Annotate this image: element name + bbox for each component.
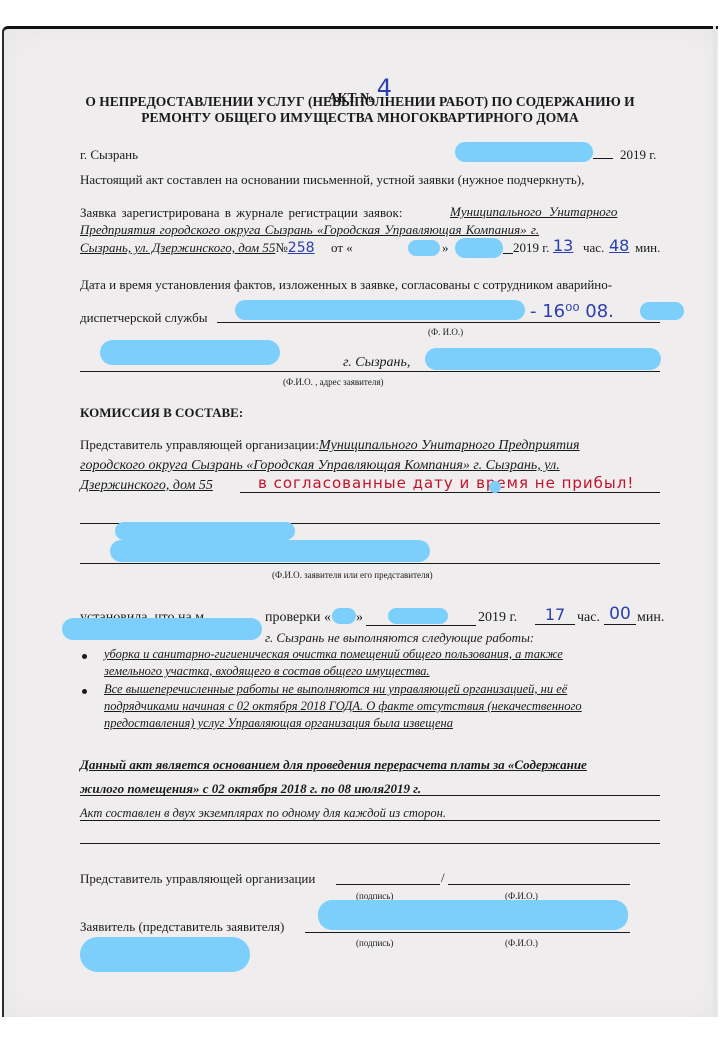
agreement-line1: Дата и время установления фактов, изложе… [80,277,612,293]
date-underline [593,158,613,159]
rep-fio-line[interactable] [448,884,630,885]
redaction-dot [489,481,501,493]
redaction-commission-1b [110,540,430,562]
dispatch-label: диспетчерской службы [80,310,207,326]
registration-year: 2019 г. [513,240,549,256]
registration-line3: Сызрань, ул. Дзержинского, дом 55№258 от… [80,240,353,256]
findings-year: 2019 г. [478,610,517,626]
redaction-dispatch-date [640,302,684,320]
rep-signature-line[interactable] [336,884,440,885]
registration-lead: Заявка зарегистрирована в журнале регист… [80,205,402,221]
registration-org-line3: Сызрань, ул. Дзержинского, дом 55 [80,240,275,255]
check-date-underline [366,625,476,626]
rep-slash: / [441,870,445,886]
quote-close: » [442,240,449,256]
recalc-underline [80,795,660,796]
rep-org-line1: Муниципального Унитарного Предприятия [319,438,580,453]
check-hour-label: час. [577,610,600,626]
item-1-line1: уборка и санитарно-гигиеническая очистка… [104,647,563,662]
registration-org-line2: Предприятия городского округа Сызрань «Г… [80,222,539,238]
redaction-check-month [388,608,448,624]
copies-text: Акт составлен в двух экземплярах по одно… [80,806,446,821]
item-2-line1: Все вышеперечисленные работы не выполняю… [104,682,567,697]
date-year: 2019 г. [620,147,656,163]
dispatch-underline [217,322,660,323]
redaction-day [408,240,440,256]
bullet-1 [82,654,87,659]
commission-heading: КОМИССИЯ В СОСТАВЕ: [80,405,243,421]
sign-rep-label: Представитель управляющей организации [80,871,315,887]
caption-fio: (Ф. И.О.) [428,327,463,337]
redaction-check-day [332,608,356,624]
request-number: 258 [288,240,328,256]
registration-org-line1: Муниципального Унитарного [450,204,617,220]
dispatch-time-handwritten: - 16⁰⁰ 08. [530,301,614,322]
number-label: № [275,240,287,255]
registration-minute: 48 [609,236,633,255]
blank-line [80,843,660,844]
applicant-sign-caption: (подпись) [356,938,393,948]
applicant-underline [80,371,660,372]
sheet-edge [713,26,716,1014]
applicant-city: г. Сызрань, [343,355,410,371]
redaction-dispatcher [235,300,525,320]
applicant-signature-line[interactable] [305,932,630,933]
recalc-line1: Данный акт является основанием для прове… [80,757,587,773]
findings-line2: г. Сызрань не выполняются следующие рабо… [265,630,534,646]
redaction-applicant-extra [80,937,250,972]
registration-hour: 13 [553,236,581,255]
item-2-line3: предоставления) услуг Управляющая органи… [104,716,453,731]
applicant-fio-caption: (Ф.И.О.) [505,938,538,948]
redaction-commission-1a [115,522,295,540]
redaction-applicant-name [100,340,280,365]
item-2-line2: подрядчиками начиная с 02 октября 2018 Г… [104,699,582,714]
redaction-month [455,238,503,258]
caption-applicant: (Ф.И.О. , адрес заявителя) [283,377,383,387]
bullet-2 [82,689,87,694]
check-hour: 17 [535,605,575,625]
title-line-2: РЕМОНТУ ОБЩЕГО ИМУЩЕСТВА МНОГОКВАРТИРНОГ… [0,110,720,126]
copies-underline [80,820,660,821]
month-underline [503,253,513,254]
redaction-applicant-signature [318,900,628,930]
from-label: от « [331,240,353,255]
basis-text: Настоящий акт составлен на основании пис… [80,172,584,188]
check-minute: 00 [604,604,636,625]
hour-label: час. [583,240,604,256]
city: г. Сызрань [80,147,138,163]
title-line-1: О НЕПРЕДОСТАВЛЕНИИ УСЛУГ (НЕВЫПОЛНЕНИИ Р… [0,94,720,110]
commission-line-2 [80,563,660,564]
commission-rep-line1: Представитель управляющей организации:Му… [80,437,580,454]
check-minute-label: мин. [637,610,664,626]
redaction-address [62,618,262,640]
rep-org-line3: Дзержинского, дом 55 [80,478,213,494]
redaction-date [455,142,593,162]
item-1-line2: земельного участка, входящего в состав о… [104,664,430,679]
handwritten-note-red: в согласованные дату и время не прибыл! [258,474,634,492]
findings-quote-close: » [356,610,363,626]
rep-label: Представитель управляющей организации: [80,437,319,452]
minute-label: мин. [635,240,660,256]
rep-org-line2: городского округа Сызрань «Городская Упр… [80,458,560,474]
redaction-applicant-address [425,348,661,370]
findings-check-label: проверки « [265,610,331,626]
caption-applicant-rep: (Ф.И.О. заявителя или его представителя) [272,570,433,580]
sign-applicant-label: Заявитель (представитель заявителя) [80,919,284,935]
rep-underline [240,492,660,493]
